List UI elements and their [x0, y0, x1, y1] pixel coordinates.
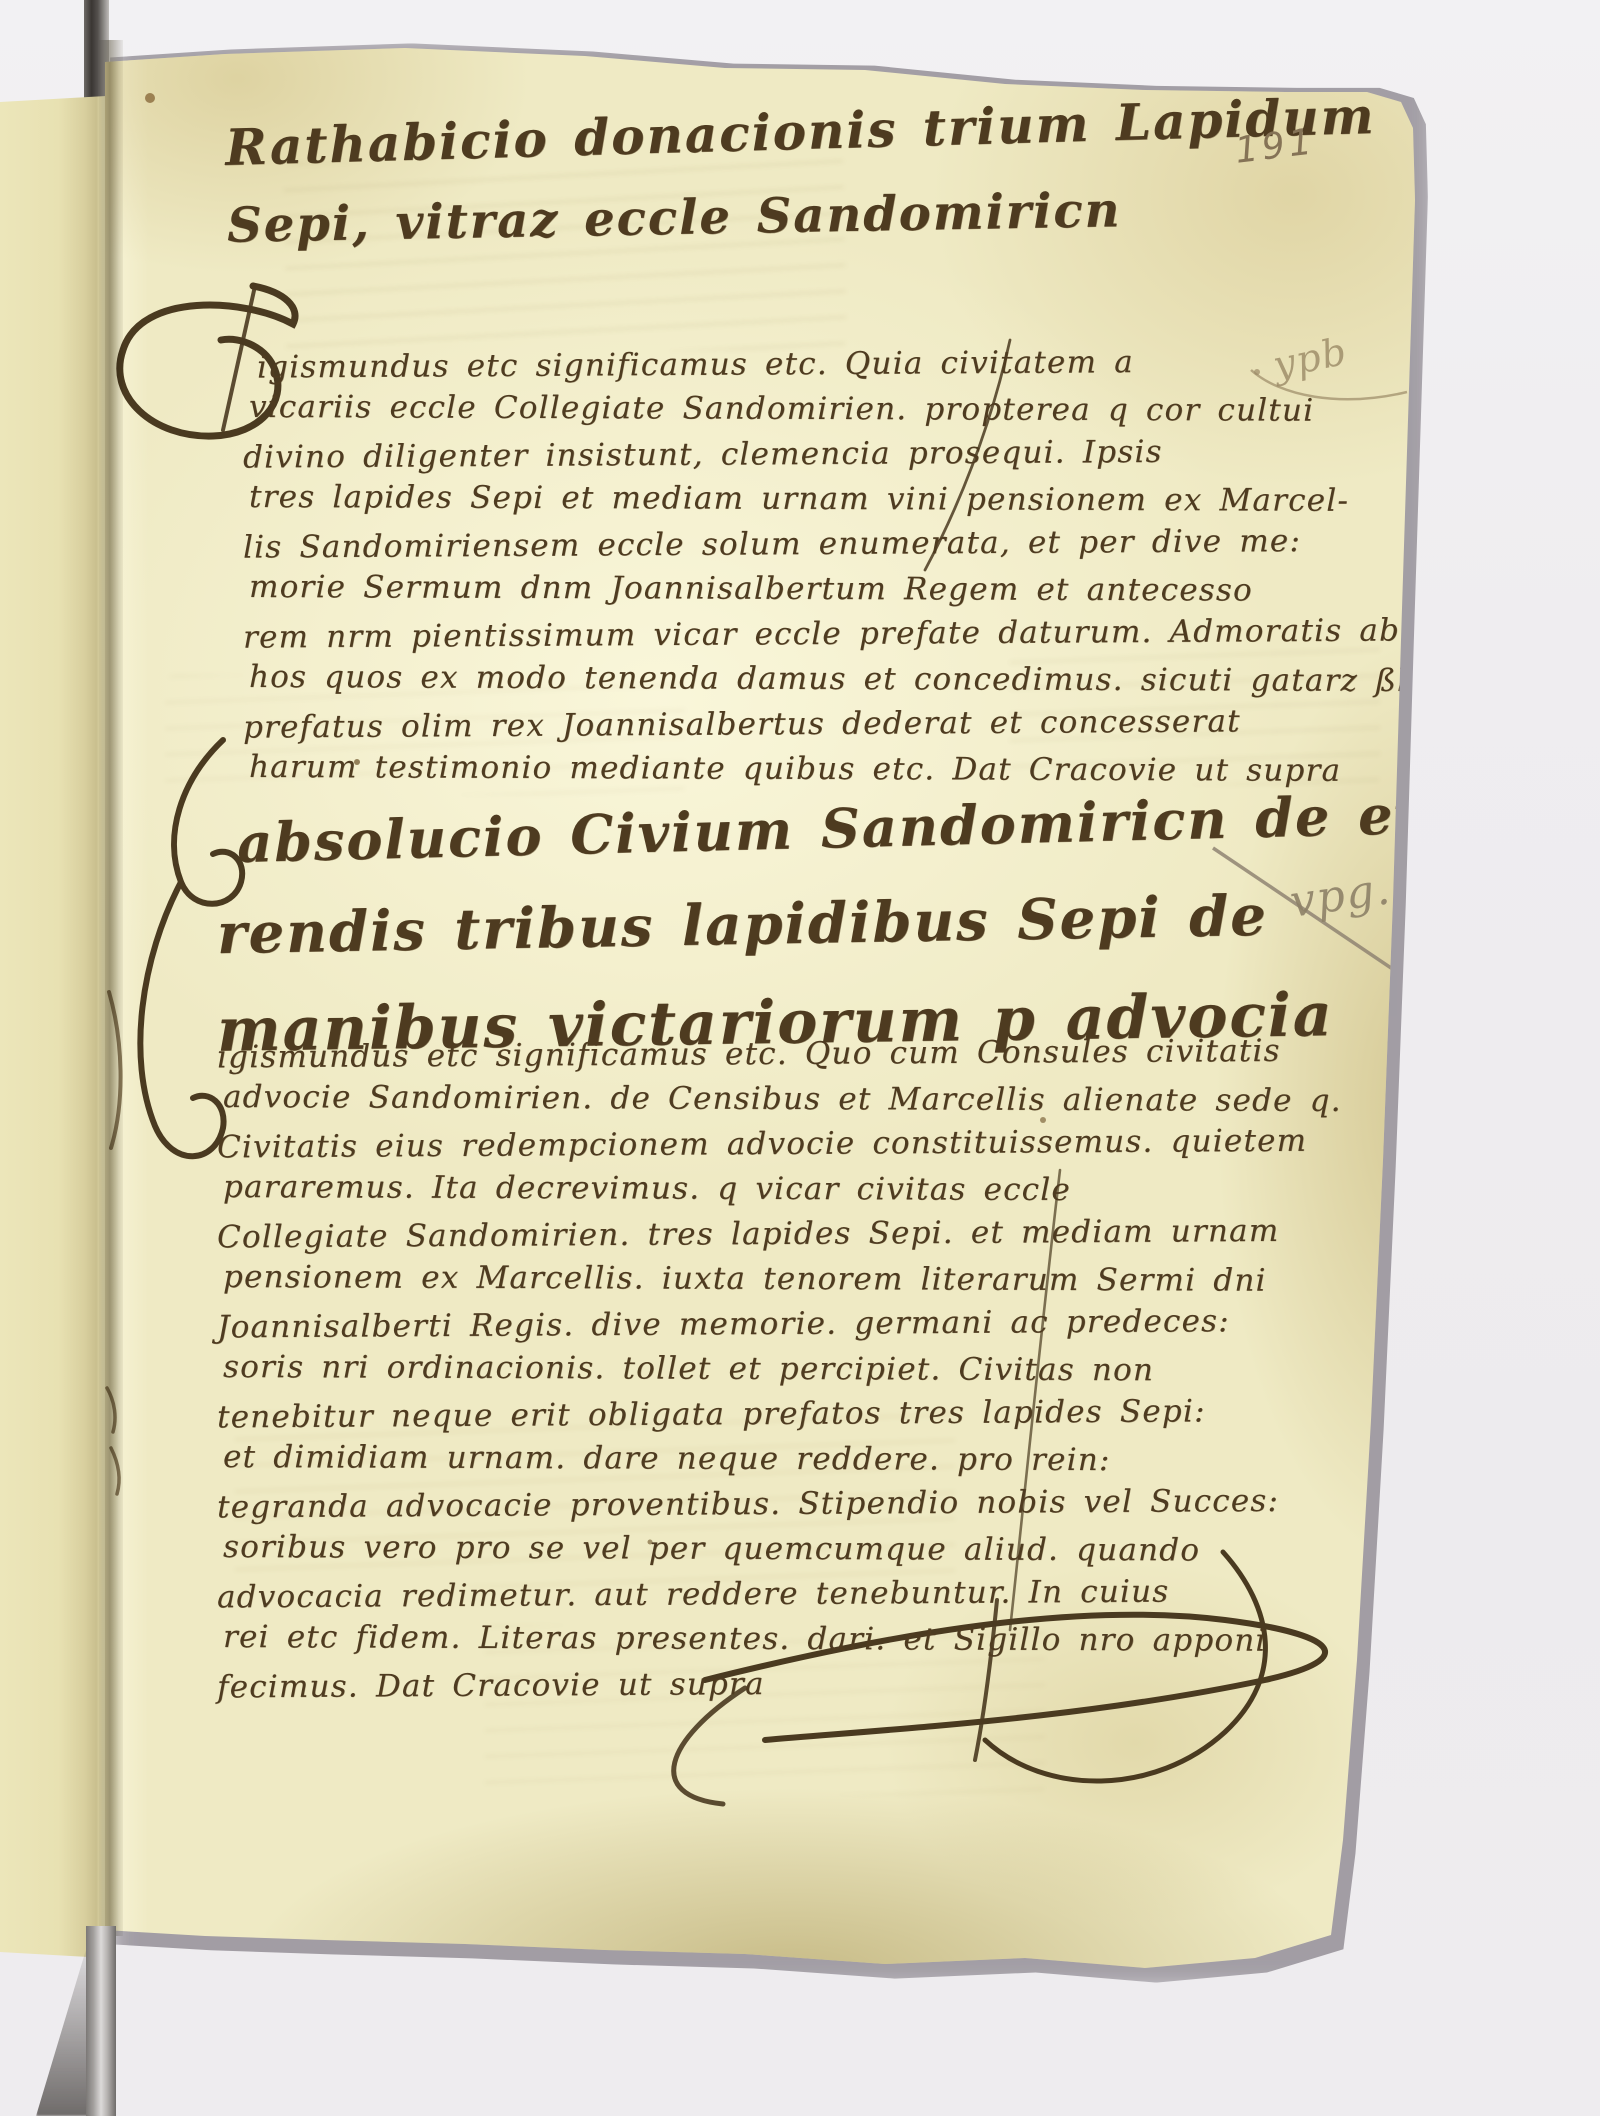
manuscript-line: Collegiate Sandomirien. tres lapides Sep… — [217, 1209, 1342, 1261]
manuscript-line: soris nri ordinacionis. tollet et percip… — [223, 1345, 1342, 1394]
manuscript-line: fecimus. Dat Cracovie ut supra — [217, 1659, 1342, 1711]
manuscript-line: soribus vero pro se vel per quemcumque a… — [223, 1525, 1342, 1574]
manuscript-line: Joannisalberti Regis. dive memorie. germ… — [217, 1299, 1342, 1351]
manuscript-line: lis Sandomiriensem eccle solum enumerata… — [243, 518, 1412, 570]
marginal-note-lower: vpg. — [1287, 863, 1394, 928]
manuscript-page: Rathabicio donacionis trium Lapidum Sepi… — [105, 40, 1425, 1975]
manuscript-line: advocie Sandomirien. de Censibus et Marc… — [223, 1075, 1342, 1124]
manuscript-line: pararemus. Ita decrevimus. q vicar civit… — [223, 1165, 1342, 1214]
photo-background: Rathabicio donacionis trium Lapidum Sepi… — [0, 0, 1600, 2116]
manuscript-line: Civitatis eius redempcionem advocie cons… — [217, 1119, 1342, 1171]
entry-2-heading-line-1: absolucio Civium Sandomiricn de eve — [236, 781, 1465, 875]
manuscript-line: rem nrm pientissimum vicar eccle prefate… — [243, 608, 1412, 660]
manuscript-line: tegranda advocacie proventibus. Stipendi… — [217, 1479, 1342, 1531]
bleedthrough-text — [283, 153, 846, 358]
manuscript-line: tenebitur neque erit obligata prefatos t… — [217, 1389, 1342, 1441]
entry-2-heading-line-2: rendis tribus lapidibus Sepi de — [217, 883, 1269, 967]
manuscript-line: igismundus etc significamus etc. Quia ci… — [257, 338, 1412, 390]
manuscript-line: prefatus olim rex Joannisalbertus dedera… — [243, 698, 1412, 750]
manuscript-line: advocacia redimetur. aut reddere tenebun… — [217, 1569, 1342, 1621]
manuscript-line: vicariis eccle Collegiate Sandomirien. p… — [249, 385, 1412, 434]
entry-2-body: igismundus etc significamus etc. Quo cum… — [217, 1032, 1342, 1707]
entry-1-body: igismundus etc significamus etc. Quia ci… — [243, 342, 1412, 792]
manuscript-line: rei etc fidem. Literas presentes. dari. … — [223, 1615, 1342, 1664]
manuscript-line: hos quos ex modo tenenda damus et conced… — [249, 655, 1412, 704]
manuscript-line: et dimidiam urnam. dare neque reddere. p… — [223, 1435, 1342, 1484]
manuscript-line: igismundus etc significamus etc. Quo cum… — [217, 1029, 1342, 1081]
folio-number: 191 — [1233, 121, 1318, 172]
facing-page-edge — [0, 96, 106, 1958]
manuscript-line: divino diligenter insistunt, clemencia p… — [243, 428, 1412, 480]
gutter-shadow — [99, 40, 123, 1936]
book-clamp-rod-bottom — [86, 1926, 116, 2116]
manuscript-line: morie Sermum dnm Joannisalbertum Regem e… — [249, 565, 1412, 614]
manuscript-line: tres lapides Sepi et mediam urnam vini p… — [249, 475, 1412, 524]
manuscript-line: pensionem ex Marcellis. iuxta tenorem li… — [223, 1255, 1342, 1304]
